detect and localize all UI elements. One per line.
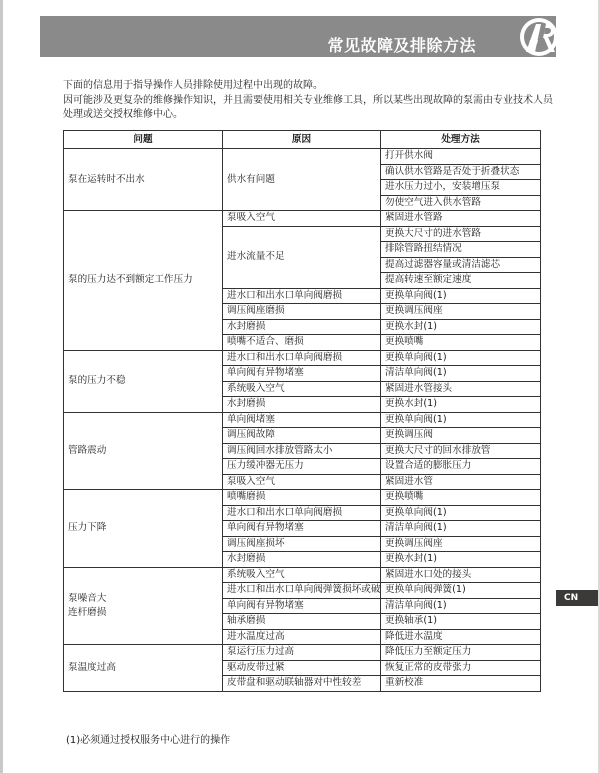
language-tab-cn: CN	[556, 590, 598, 606]
cause-cell: 压力缓冲器无压力	[223, 459, 381, 475]
cause-cell: 调压阀回水排放管路太小	[223, 443, 381, 459]
solution-cell: 更换单向阀弹簧(1)	[381, 583, 541, 599]
cause-cell: 泵吸入空气	[223, 474, 381, 490]
problem-cell: 压力下降	[64, 490, 223, 568]
solution-cell: 更换单向阀(1)	[381, 288, 541, 304]
table-row: 泵噪音大 连杆磨损 系统吸入空气 紧固进水口处的接头	[64, 567, 541, 583]
cause-cell: 进水口和出水口单向阀磨损	[223, 350, 381, 366]
solution-cell: 重新校准	[381, 676, 541, 692]
solution-cell: 确认供水管路是否处于折叠状态	[381, 164, 541, 180]
solution-cell: 更换大尺寸的回水排放管	[381, 443, 541, 459]
solution-cell: 更换大尺寸的进水管路	[381, 226, 541, 242]
solution-cell: 排除管路扭结情况	[381, 242, 541, 258]
solution-cell: 紧固进水口处的接头	[381, 567, 541, 583]
solution-cell: 恢复正常的皮带张力	[381, 660, 541, 676]
solution-cell: 更换单向阀(1)	[381, 505, 541, 521]
page-title: 常见故障及排除方法	[327, 33, 476, 56]
ar-logo-icon	[518, 16, 560, 57]
cause-cell: 系统吸入空气	[223, 381, 381, 397]
problem-cell: 管路震动	[64, 412, 223, 490]
table-row: 泵在运转时不出水 供水有问题 打开供水阀	[64, 149, 541, 165]
header-solution: 处理方法	[381, 131, 541, 149]
troubleshooting-table: 问题 原因 处理方法 泵在运转时不出水 供水有问题 打开供水阀 确认供水管路是否…	[63, 130, 541, 692]
cause-cell: 调压阀座磨损	[223, 304, 381, 320]
cause-cell: 系统吸入空气	[223, 567, 381, 583]
header-problem: 问题	[64, 131, 223, 149]
problem-cell: 泵的压力达不到额定工作压力	[64, 211, 223, 351]
problem-cell: 泵噪音大 连杆磨损	[64, 567, 223, 645]
table-header-row: 问题 原因 处理方法	[64, 131, 541, 149]
cause-cell: 皮带盘和驱动联轴器对中性较差	[223, 676, 381, 692]
intro-line-1: 下面的信息用于指导操作人员排除使用过程中出现的故障。	[63, 79, 553, 94]
cause-cell: 进水温度过高	[223, 629, 381, 645]
solution-cell: 更换调压阀座	[381, 536, 541, 552]
cause-cell: 进水口和出水口单向阀磨损	[223, 288, 381, 304]
cause-cell: 单向阀有异物堵塞	[223, 366, 381, 382]
cause-cell: 进水口和出水口单向阀磨损	[223, 505, 381, 521]
problem-line-1: 泵噪音大	[68, 592, 218, 606]
solution-cell: 紧固进水管	[381, 474, 541, 490]
solution-cell: 勿使空气进入供水管路	[381, 195, 541, 211]
solution-cell: 更换水封(1)	[381, 552, 541, 568]
solution-cell: 清洁单向阀(1)	[381, 366, 541, 382]
cause-cell: 供水有问题	[223, 149, 381, 211]
page-left-edge	[0, 0, 3, 773]
solution-cell: 更换调压阀	[381, 428, 541, 444]
solution-cell: 提高转速至额定速度	[381, 273, 541, 289]
cause-cell: 调压阀故障	[223, 428, 381, 444]
cause-cell: 进水流量不足	[223, 226, 381, 288]
solution-cell: 更换水封(1)	[381, 397, 541, 413]
table-row: 泵的压力达不到额定工作压力 泵吸入空气 紧固进水管路	[64, 211, 541, 227]
solution-cell: 紧固进水管接头	[381, 381, 541, 397]
cause-cell: 单向阀有异物堵塞	[223, 521, 381, 537]
solution-cell: 紧固进水管路	[381, 211, 541, 227]
solution-cell: 打开供水阀	[381, 149, 541, 165]
table-row: 管路震动 单向阀堵塞 更换单向阀(1)	[64, 412, 541, 428]
cause-cell: 单向阀有异物堵塞	[223, 598, 381, 614]
cause-cell: 喷嘴磨损	[223, 490, 381, 506]
problem-cell: 泵的压力不稳	[64, 350, 223, 412]
header-cause: 原因	[223, 131, 381, 149]
solution-cell: 提高过滤器容量或清洁滤芯	[381, 257, 541, 273]
solution-cell: 进水压力过小，安装增压泵	[381, 180, 541, 196]
footnote: (1)必须通过授权服务中心进行的操作	[66, 731, 230, 746]
solution-cell: 降低进水温度	[381, 629, 541, 645]
intro-line-2: 因可能涉及更复杂的维修操作知识，并且需要使用相关专业维修工具，所以某些出现故障的…	[63, 94, 553, 123]
cause-cell: 调压阀座损坏	[223, 536, 381, 552]
solution-cell: 清洁单向阀(1)	[381, 598, 541, 614]
intro-text: 下面的信息用于指导操作人员排除使用过程中出现的故障。 因可能涉及更复杂的维修操作…	[63, 79, 553, 123]
cause-cell: 水封磨损	[223, 552, 381, 568]
cause-cell: 喷嘴不适合、磨损	[223, 335, 381, 351]
cause-cell: 泵吸入空气	[223, 211, 381, 227]
cause-cell: 轴承磨损	[223, 614, 381, 630]
table-row: 压力下降 喷嘴磨损 更换喷嘴	[64, 490, 541, 506]
cause-cell: 进水口和出水口单向阀弹簧损坏或破裂	[223, 583, 381, 599]
problem-line-2: 连杆磨损	[68, 606, 218, 620]
cause-cell: 泵运行压力过高	[223, 645, 381, 661]
solution-cell: 更换轴承(1)	[381, 614, 541, 630]
table-row: 泵的压力不稳 进水口和出水口单向阀磨损 更换单向阀(1)	[64, 350, 541, 366]
cause-cell: 水封磨损	[223, 319, 381, 335]
table-row: 泵温度过高 泵运行压力过高 降低压力至额定压力	[64, 645, 541, 661]
solution-cell: 更换调压阀座	[381, 304, 541, 320]
problem-cell: 泵在运转时不出水	[64, 149, 223, 211]
solution-cell: 清洁单向阀(1)	[381, 521, 541, 537]
header-banner: 常见故障及排除方法	[40, 16, 520, 57]
solution-cell: 降低压力至额定压力	[381, 645, 541, 661]
problem-cell: 泵温度过高	[64, 645, 223, 692]
cause-cell: 单向阀堵塞	[223, 412, 381, 428]
solution-cell: 更换单向阀(1)	[381, 412, 541, 428]
cause-cell: 驱动皮带过紧	[223, 660, 381, 676]
solution-cell: 更换单向阀(1)	[381, 350, 541, 366]
solution-cell: 更换水封(1)	[381, 319, 541, 335]
cause-cell: 水封磨损	[223, 397, 381, 413]
solution-cell: 更换喷嘴	[381, 490, 541, 506]
solution-cell: 设置合适的膨胀压力	[381, 459, 541, 475]
solution-cell: 更换喷嘴	[381, 335, 541, 351]
